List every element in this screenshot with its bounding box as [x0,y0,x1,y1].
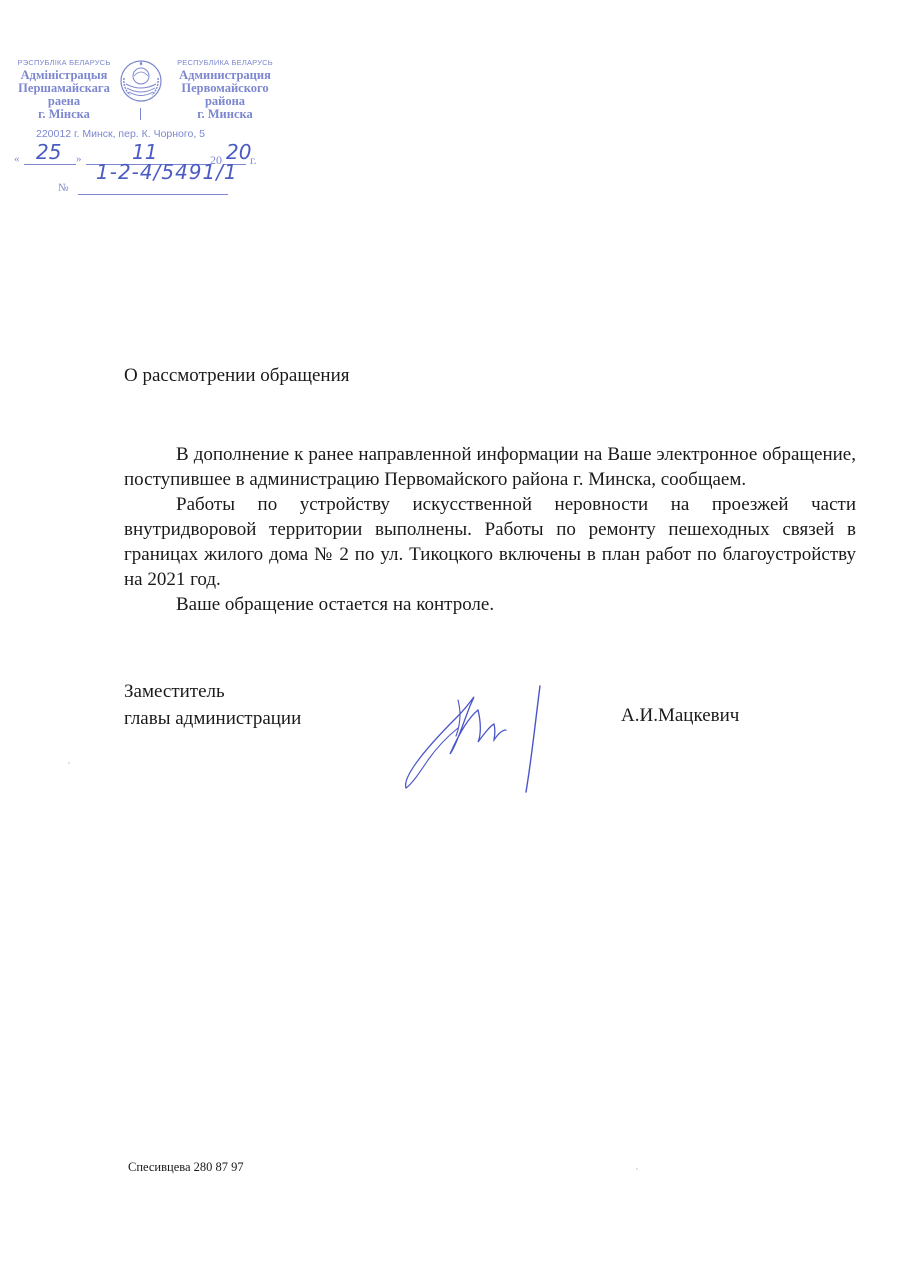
date-open-quote: « [14,153,20,165]
stamp-russian-text: РЕСПУБЛИКА БЕЛАРУСЬ Администрация Первом… [170,56,280,121]
letter-body: В дополнение к ранее направленной информ… [124,442,856,617]
stamp-address: 220012 г. Минск, пер. К. Чорного, 5 [36,128,205,140]
date-close-quote: » [76,153,82,165]
stamp-belarusian-text: РЭСПУБЛІКА БЕЛАРУСЬ Адміністрацыя Першам… [14,56,114,121]
position-line-1: Заместитель [124,678,301,705]
number-label: № [58,182,69,194]
date-day-underline [24,164,76,165]
scan-speck [636,1168,638,1170]
executor-contact: Спесивцева 280 87 97 [128,1160,244,1175]
stamp-line: г. Мінска [14,108,114,121]
handwritten-signature [398,676,558,798]
position-line-2: главы администрации [124,705,301,732]
stamp-line: г. Минска [170,108,280,121]
handwritten-day: 25 [36,140,61,164]
signatory-name: А.И.Мацкевич [621,705,739,727]
body-paragraph: В дополнение к ранее направленной информ… [124,442,856,492]
handwritten-reference-number: 1-2-4/5491/1 [96,160,238,184]
registration-stamp: РЭСПУБЛІКА БЕЛАРУСЬ Адміністрацыя Першам… [14,56,284,196]
letter-subject: О рассмотрении обращения [124,365,350,387]
body-paragraph: Ваше обращение остается на контроле. [124,592,856,617]
scan-speck [68,762,70,764]
stamp-divider [140,108,141,120]
coat-of-arms-icon [118,58,164,104]
body-paragraph: Работы по устройству искусственной неров… [124,492,856,592]
signatory-position: Заместитель главы администрации [124,678,301,732]
number-underline [78,194,228,195]
